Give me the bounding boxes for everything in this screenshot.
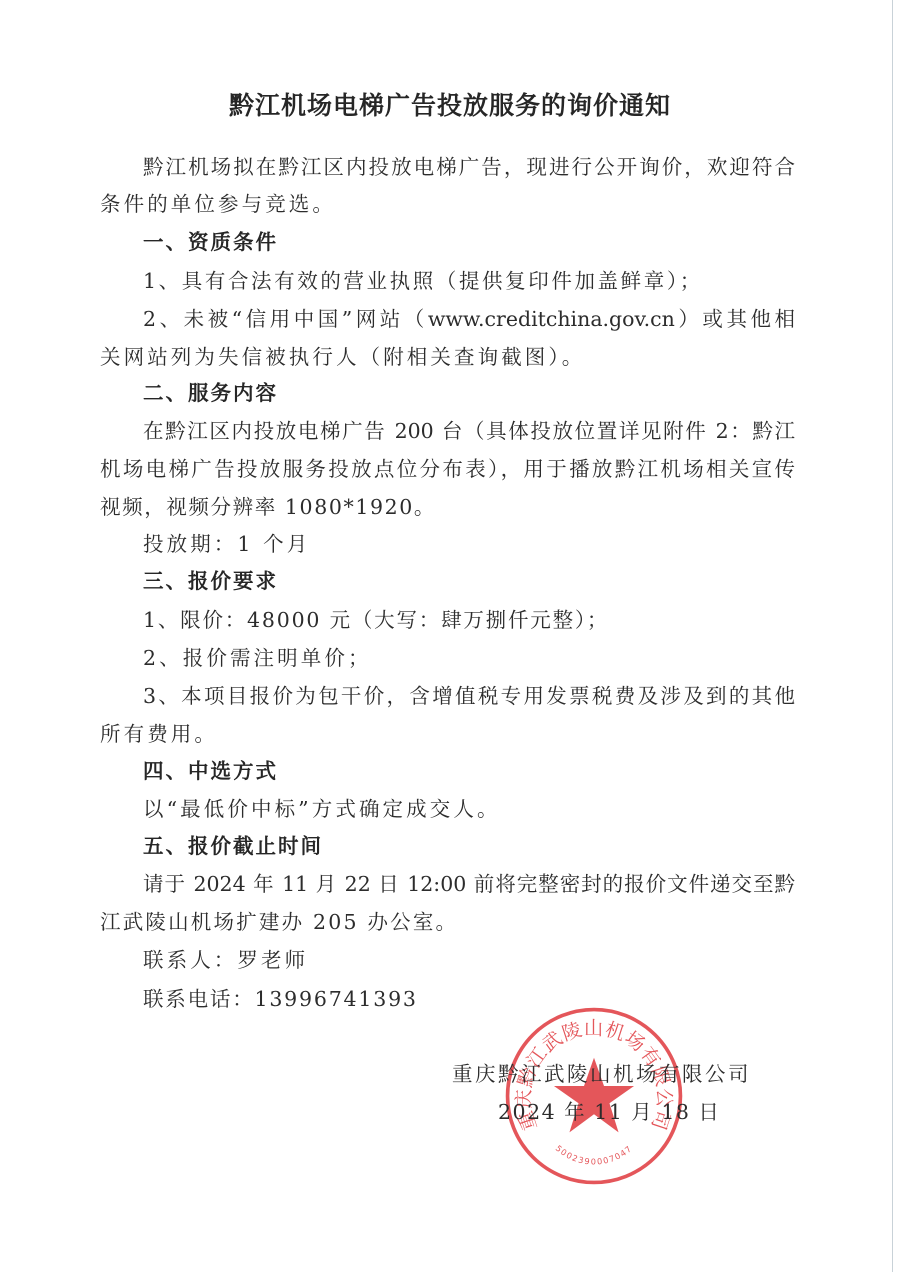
qualification-item-2: 2、未被“信用中国”网站（www.creditchina.gov.cn）或其他相 <box>143 302 795 332</box>
section-heading-quote: 三、报价要求 <box>143 564 278 594</box>
qualification-item-2-cont: 关网站列为失信被执行人（附相关查询截图）。 <box>100 340 585 370</box>
seal-serial: 5002390007047 <box>554 1143 634 1167</box>
service-line-2: 机场电梯广告投放服务投放点位分布表），用于播放黔江机场相关宣传 <box>100 452 795 482</box>
quote-item-3-cont: 所有费用。 <box>100 717 218 747</box>
intro-line-2: 条件的单位参与竞选。 <box>100 187 336 217</box>
quote-item-2: 2、报价需注明单价； <box>143 641 372 671</box>
signature-date: 2024 年 11 月 18 日 <box>498 1095 720 1125</box>
section-heading-deadline: 五、报价截止时间 <box>143 829 323 859</box>
contact-phone: 联系电话：13996741393 <box>143 982 418 1012</box>
selection-method: 以“最低价中标”方式确定成交人。 <box>143 792 501 822</box>
contact-person: 联系人：罗老师 <box>143 943 308 973</box>
document-page: 黔江机场电梯广告投放服务的询价通知 黔江机场拟在黔江区内投放电梯广告，现进行公开… <box>0 0 900 1272</box>
service-period: 投放期：1 个月 <box>143 527 310 557</box>
quote-item-3: 3、本项目报价为包干价，含增值税专用发票税费及涉及到的其他 <box>143 679 795 709</box>
deadline-line-1: 请于 2024 年 11 月 22 日 12:00 前将完整密封的报价文件递交至… <box>143 867 795 897</box>
deadline-line-2: 江武陵山机场扩建办 205 办公室。 <box>100 905 458 935</box>
service-line-1: 在黔江区内投放电梯广告 200 台（具体投放位置详见附件 2：黔江 <box>143 414 795 444</box>
service-line-3: 视频，视频分辨率 1080*1920。 <box>100 490 436 520</box>
section-heading-service: 二、服务内容 <box>143 376 278 406</box>
quote-item-1: 1、限价：48000 元（大写：肆万捌仟元整）； <box>143 603 609 633</box>
signature-company: 重庆黔江武陵山机场有限公司 <box>452 1057 751 1087</box>
svg-text:5002390007047: 5002390007047 <box>554 1143 634 1167</box>
section-heading-selection: 四、中选方式 <box>143 754 278 784</box>
intro-line-1: 黔江机场拟在黔江区内投放电梯广告，现进行公开询价，欢迎符合 <box>143 150 795 180</box>
qualification-item-1: 1、具有合法有效的营业执照（提供复印件加盖鲜章）； <box>143 264 703 294</box>
document-title: 黔江机场电梯广告投放服务的询价通知 <box>0 86 900 122</box>
section-heading-qualifications: 一、资质条件 <box>143 225 278 255</box>
